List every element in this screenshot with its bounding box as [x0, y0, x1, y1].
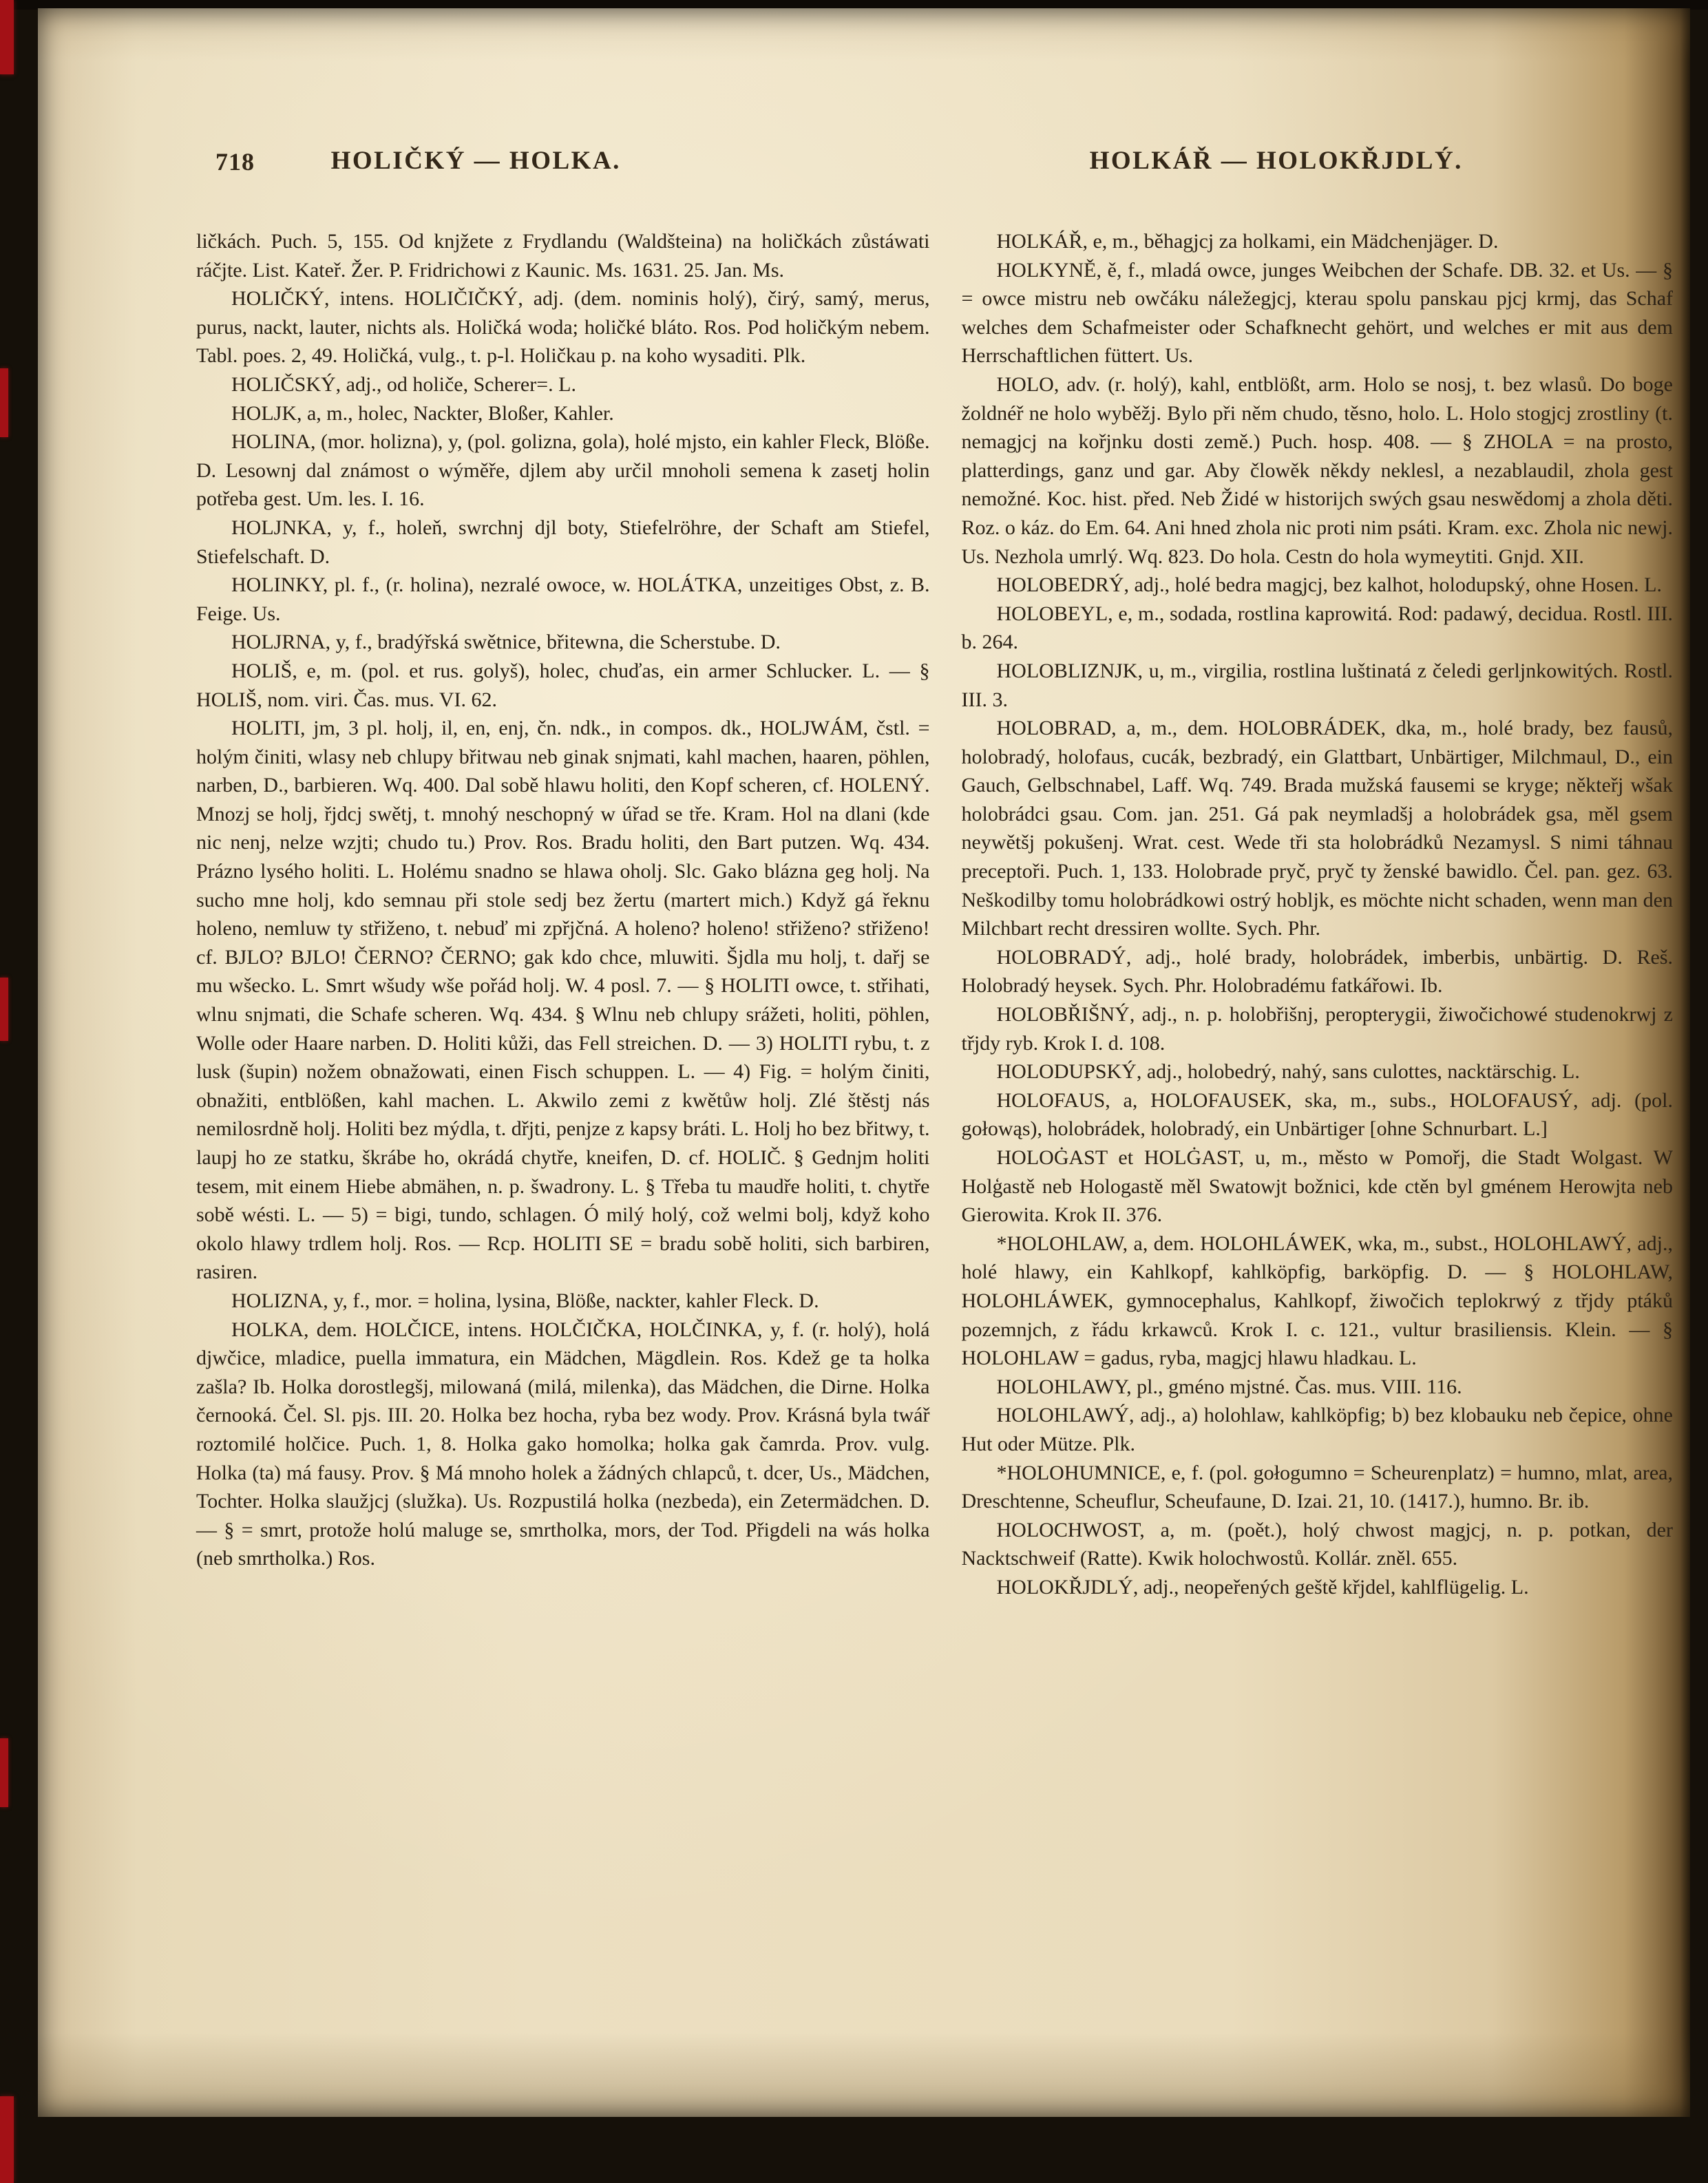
page-header: 718 HOLIČKÝ — HOLKA. HOLKÁŘ — HOLOKŘJDLÝ… — [196, 146, 1673, 180]
dictionary-entry-paragraph: HOLJK, a, m., holec, Nackter, Bloßer, Ka… — [196, 399, 930, 428]
dictionary-entry-paragraph: HOLJNKA, y, f., holeň, swrchnj djl boty,… — [196, 514, 930, 571]
text-columns: ličkách. Puch. 5, 155. Od knjžete z Fryd… — [196, 227, 1673, 1602]
dictionary-entry-paragraph: HOLOBLIZNJK, u, m., virgilia, rostlina l… — [962, 657, 1674, 714]
dictionary-entry-paragraph: HOLOBŘIŠNÝ, adj., n. p. holobřišnj, pero… — [962, 1000, 1674, 1057]
dictionary-entry-paragraph: HOLOCHWOST, a, m. (poět.), holý chwost m… — [962, 1516, 1674, 1573]
scanned-book-page: 718 HOLIČKÝ — HOLKA. HOLKÁŘ — HOLOKŘJDLÝ… — [0, 0, 1708, 2183]
dictionary-entry-paragraph: HOLOFAUS, a, HOLOFAUSEK, ska, m., subs.,… — [962, 1086, 1674, 1143]
dictionary-entry-paragraph: HOLOBEDRÝ, adj., holé bedra magjcj, bez … — [962, 571, 1674, 600]
dictionary-entry-paragraph: ličkách. Puch. 5, 155. Od knjžete z Fryd… — [196, 227, 930, 284]
red-edge-mark — [0, 0, 14, 74]
dictionary-page: 718 HOLIČKÝ — HOLKA. HOLKÁŘ — HOLOKŘJDLÝ… — [38, 8, 1690, 2117]
dictionary-entry-paragraph: HOLIZNA, y, f., mor. = holina, lysina, B… — [196, 1287, 930, 1316]
running-head-left: HOLIČKÝ — HOLKA. — [107, 146, 845, 180]
red-edge-mark — [0, 2096, 14, 2183]
dictionary-entry-paragraph: HOLOBRAD, a, m., dem. HOLOBRÁDEK, dka, m… — [962, 714, 1674, 943]
dictionary-entry-paragraph: HOLODUPSKÝ, adj., holobedrý, nahý, sans … — [962, 1057, 1674, 1086]
right-text-column: HOLKÁŘ, e, m., běhagjcj za holkami, ein … — [962, 227, 1674, 1602]
running-head-right: HOLKÁŘ — HOLOKŘJDLÝ. — [907, 146, 1646, 180]
dictionary-entry-paragraph: HOLKA, dem. HOLČICE, intens. HOLČIČKA, H… — [196, 1316, 930, 1573]
dictionary-entry-paragraph: HOLOĠAST et HOLĠAST, u, m., město w Pomo… — [962, 1143, 1674, 1230]
dictionary-entry-paragraph: HOLIŠ, e, m. (pol. et rus. golyš), holec… — [196, 657, 930, 714]
dictionary-entry-paragraph: HOLINA, (mor. holizna), y, (pol. golizna… — [196, 428, 930, 514]
dictionary-entry-paragraph: HOLINKY, pl. f., (r. holina), nezralé ow… — [196, 571, 930, 628]
dictionary-entry-paragraph: HOLKYNĚ, ě, f., mladá owce, junges Weibc… — [962, 256, 1674, 370]
red-edge-mark — [0, 368, 8, 437]
dictionary-entry-paragraph: HOLIČKÝ, intens. HOLIČIČKÝ, adj. (dem. n… — [196, 284, 930, 370]
dictionary-entry-paragraph: HOLOBEYL, e, m., sodada, rostlina kaprow… — [962, 600, 1674, 657]
dictionary-entry-paragraph: HOLOHLAWÝ, adj., a) holohlaw, kahlköpfig… — [962, 1401, 1674, 1458]
red-edge-mark — [0, 978, 8, 1041]
left-text-column: ličkách. Puch. 5, 155. Od knjžete z Fryd… — [196, 227, 930, 1602]
dictionary-entry-paragraph: HOLO, adv. (r. holý), kahl, entblößt, ar… — [962, 370, 1674, 571]
dictionary-entry-paragraph: HOLIČSKÝ, adj., od holiče, Scherer=. L. — [196, 370, 930, 399]
dictionary-entry-paragraph: HOLITI, jm, 3 pl. holj, il, en, enj, čn.… — [196, 714, 930, 1287]
dictionary-entry-paragraph: *HOLOHLAW, a, dem. HOLOHLÁWEK, wka, m., … — [962, 1230, 1674, 1373]
dictionary-entry-paragraph: HOLKÁŘ, e, m., běhagjcj za holkami, ein … — [962, 227, 1674, 256]
dictionary-entry-paragraph: HOLOHLAWY, pl., gméno mjstné. Čas. mus. … — [962, 1373, 1674, 1402]
dictionary-entry-paragraph: *HOLOHUMNICE, e, f. (pol. gołogumno = Sc… — [962, 1459, 1674, 1516]
dictionary-entry-paragraph: HOLOKŘJDLÝ, adj., neopeřených geště křjd… — [962, 1573, 1674, 1602]
dictionary-entry-paragraph: HOLOBRADÝ, adj., holé brady, holobrádek,… — [962, 943, 1674, 1000]
red-edge-mark — [0, 1738, 8, 1807]
dictionary-entry-paragraph: HOLJRNA, y, f., bradýřská swětnice, břit… — [196, 628, 930, 657]
